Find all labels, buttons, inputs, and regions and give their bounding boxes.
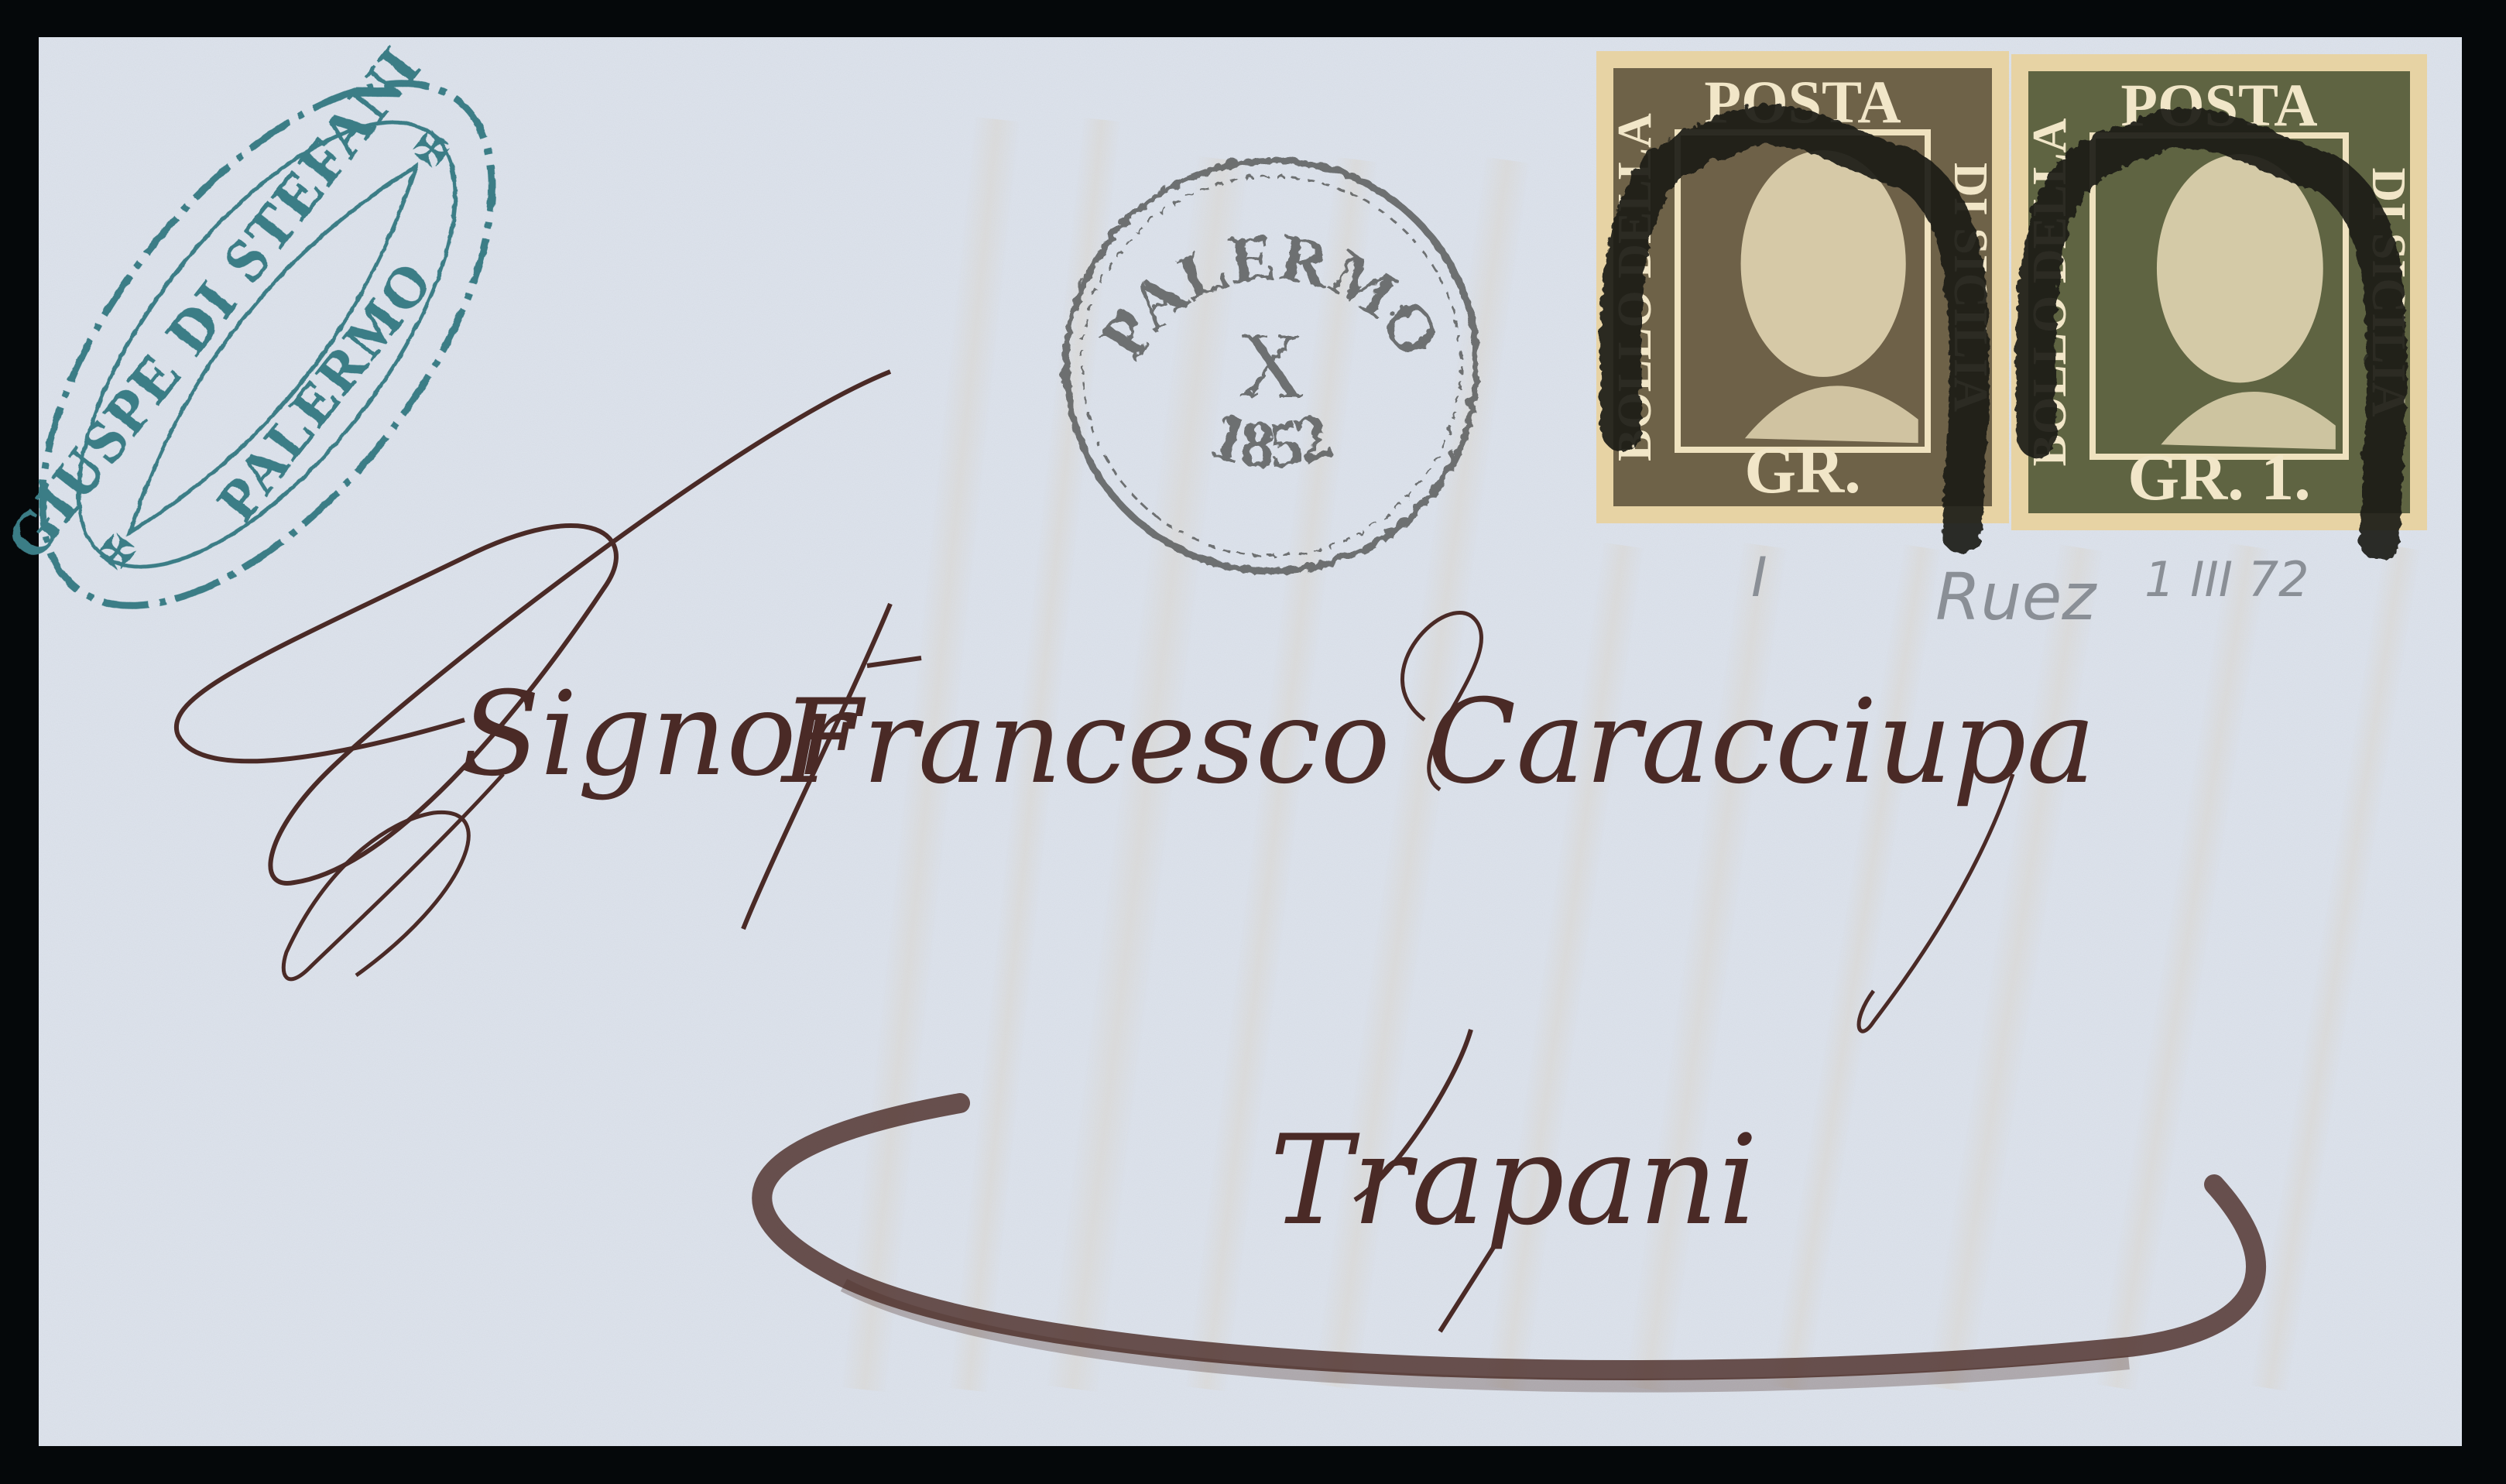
stamp-value-text: GR. 1. — [2127, 440, 2311, 514]
pencil-signature: Ruez — [1935, 559, 2097, 635]
address-city: Trapani — [1270, 1108, 1758, 1253]
portrait — [1741, 150, 1906, 377]
postmark-center: X — [1236, 312, 1304, 415]
stamp-1: POSTABOLLO DELLADI SICILIAGR. — [1596, 51, 2009, 531]
pencil-plate: I — [1751, 546, 1767, 609]
envelope-scene: GIUSPE DI STEFANI PALERMO ✠ ✠ PALERMO 18… — [0, 0, 2506, 1484]
portrait — [2157, 154, 2323, 382]
stamp-pair: POSTABOLLO DELLADI SICILIAGR.POSTABOLLO … — [1596, 51, 2427, 538]
stamp-2: POSTABOLLO DELLADI SICILIAGR. 1. — [2011, 54, 2427, 538]
pencil-date: 1 III 72 — [2144, 551, 2309, 608]
stamp-value-text: GR. — [1744, 433, 1861, 507]
